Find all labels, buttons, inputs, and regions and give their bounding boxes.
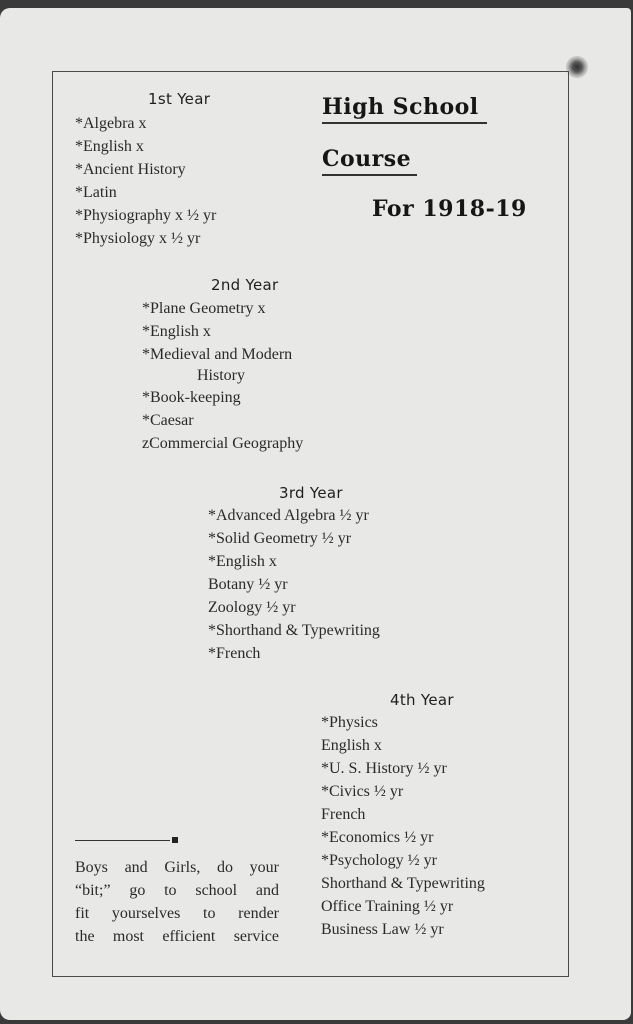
course-item: Office Training ½ yr [321, 895, 485, 918]
course-item: *French [208, 642, 380, 665]
divider-rule [75, 840, 170, 841]
course-item: *Book-keeping [142, 386, 303, 409]
course-item: Botany ½ yr [208, 573, 380, 596]
year-1-course-list: *Algebra x *English x *Ancient History *… [75, 112, 216, 250]
motto-line: Boys and Girls, do your [75, 856, 279, 879]
motto-line: the most efficient service [75, 925, 279, 948]
title-high-school: High School [322, 94, 487, 124]
course-item: *English x [75, 135, 216, 158]
course-item: *Physics [321, 711, 485, 734]
course-item: Shorthand & Typewriting [321, 872, 485, 895]
course-item: *Physiography x ½ yr [75, 204, 216, 227]
course-item: *Civics ½ yr [321, 780, 485, 803]
course-item: *Plane Geometry x [142, 297, 303, 320]
course-item: *Latin [75, 181, 216, 204]
course-item: Zoology ½ yr [208, 596, 380, 619]
course-item: *Solid Geometry ½ yr [208, 527, 380, 550]
document-page: High School Course For 1918-19 1st Year … [0, 8, 631, 1020]
course-item-line: *Medieval and Modern [142, 346, 292, 363]
year-4-course-list: *Physics English x *U. S. History ½ yr *… [321, 711, 485, 941]
course-item: *Shorthand & Typewriting [208, 619, 380, 642]
course-item: *Advanced Algebra ½ yr [208, 504, 380, 527]
course-item: French [321, 803, 485, 826]
course-item: *Physiology x ½ yr [75, 227, 216, 250]
course-item: zCommercial Geography [142, 432, 303, 455]
course-item: *English x [142, 320, 303, 343]
course-item: *Algebra x [75, 112, 216, 135]
year-3-course-list: *Advanced Algebra ½ yr *Solid Geometry ½… [208, 504, 380, 665]
motto-line: fit yourselves to render [75, 902, 279, 925]
course-item: *English x [208, 550, 380, 573]
course-item: *Caesar [142, 409, 303, 432]
course-item: *U. S. History ½ yr [321, 757, 485, 780]
course-item: Business Law ½ yr [321, 918, 485, 941]
motto-line: “bit;” go to school and [75, 879, 279, 902]
year-heading-2: 2nd Year [211, 276, 279, 294]
year-2-course-list: *Plane Geometry x *English x *Medieval a… [142, 297, 303, 455]
divider-square-dot [172, 837, 178, 843]
motto-paragraph: Boys and Girls, do your “bit;” go to sch… [75, 856, 279, 948]
year-heading-1: 1st Year [148, 90, 210, 108]
course-item: English x [321, 734, 485, 757]
course-item: *Ancient History [75, 158, 216, 181]
course-item-continuation: History [142, 366, 303, 386]
ink-smudge [566, 56, 588, 78]
year-heading-4: 4th Year [390, 691, 454, 709]
year-heading-3: 3rd Year [279, 484, 343, 502]
title-course: Course [322, 146, 417, 176]
course-item: *Economics ½ yr [321, 826, 485, 849]
title-year: For 1918-19 [372, 196, 527, 222]
course-item: *Medieval and Modern History [142, 343, 303, 386]
course-item: *Psychology ½ yr [321, 849, 485, 872]
